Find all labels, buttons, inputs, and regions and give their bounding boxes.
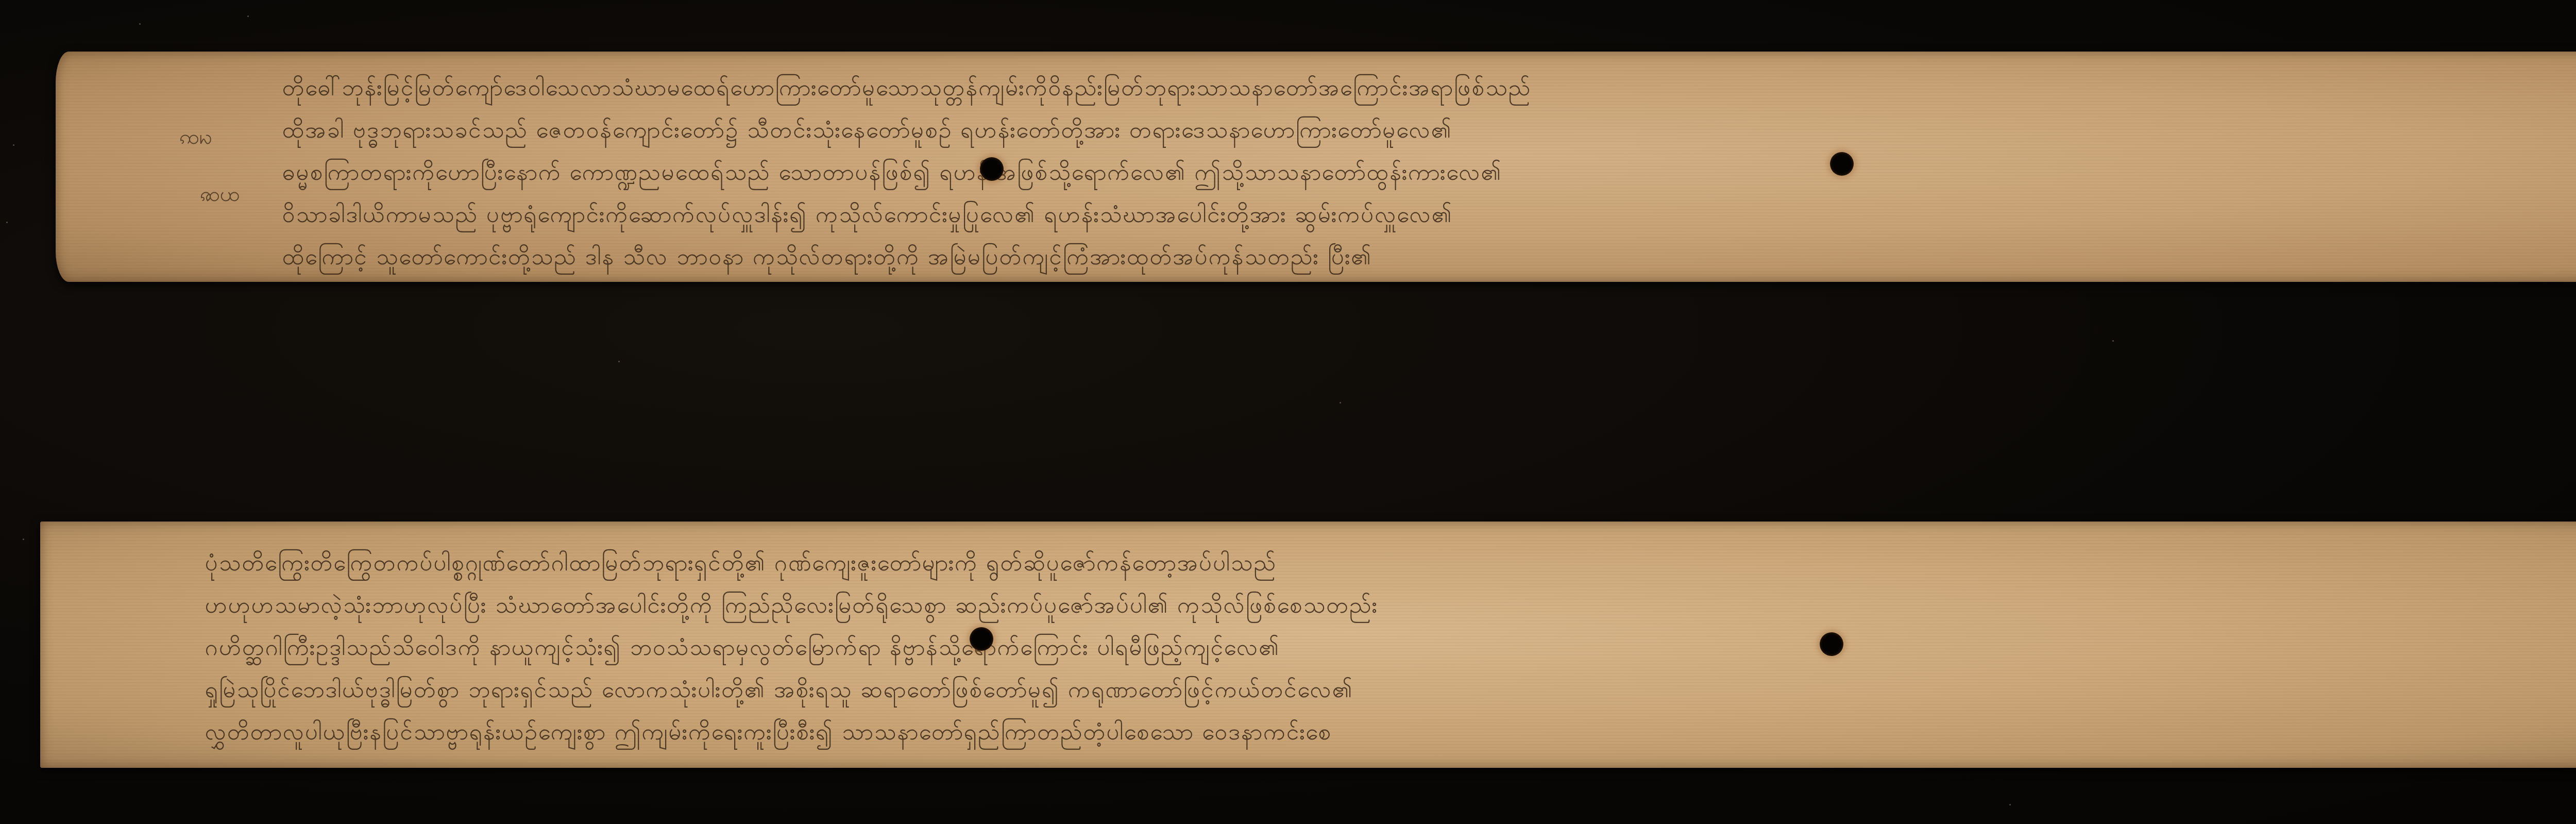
manuscript-text: တိုဓေါ်ဘုန်းမြင့်မြတ်ကျော်ဒေဝါသေလာသံဃာမထ…	[282, 67, 2472, 278]
palm-leaf-manuscript-top: ꩡꩢ ꩣꩤ တိုဓေါ်ဘုန်းမြင့်မြတ်ကျော်ဒေဝါသေလာ…	[56, 52, 2576, 282]
velvet-speck	[13, 144, 14, 146]
velvet-speck	[139, 23, 141, 25]
folio-mark: ꩣꩤ	[200, 181, 240, 211]
binding-hole	[980, 157, 1004, 181]
velvet-speck	[2112, 340, 2114, 342]
folio-mark: ꩡꩢ	[179, 124, 240, 154]
folio-margin-marks: ꩡꩢ ꩣꩤ	[179, 124, 240, 211]
text-line: ဂဟိတ္ဆဂါကြီးဥဒ္ဒါသည်သိဝေါဒကို နာယူကျင့်သ…	[205, 627, 2369, 669]
velvet-speck	[23, 539, 24, 540]
manuscript-text: ပုံသတိကြွေးတိကြွေတကပ်ပါစ္စဂ္ဂုဏ်တော်ဂါထာ…	[205, 542, 2369, 753]
velvet-speck	[6, 222, 8, 223]
binding-hole	[970, 627, 993, 651]
text-line: ဟဟုဟသမာလဲ့သုံးဘာဟုလုပ်ပြီး သံဃာတော်အပေါင…	[205, 584, 2369, 627]
text-line: ရှုမြဲသုပြိုင်ဘေဒါယ်ဗုဒ္ဓါမြတ်စွာ ဘုရားရ…	[205, 669, 2369, 711]
text-line: ပုံသတိကြွေးတိကြွေတကပ်ပါစ္စဂ္ဂုဏ်တော်ဂါထာ…	[205, 542, 2369, 584]
text-line: လွှတိတာလူပါယုဗြီးနပြင်သာဗ္ဗာရုန်းယဉ်ကျေး…	[205, 711, 2369, 753]
text-line: ထိုကြောင့် သူတော်ကောင်းတို့သည် ဒါန သီလ ဘ…	[282, 236, 2472, 278]
velvet-speck	[247, 15, 249, 17]
velvet-speck	[618, 361, 620, 362]
binding-hole	[1820, 632, 1843, 656]
velvet-speck	[2009, 804, 2011, 805]
text-line: ဓမ္မစကြာတရားကိုဟောပြီးနောက် ကောဏ္ဍညမထေရ်…	[282, 152, 2472, 194]
binding-hole	[1830, 152, 1854, 176]
text-line: တိုဓေါ်ဘုန်းမြင့်မြတ်ကျော်ဒေဝါသေလာသံဃာမထ…	[282, 67, 2472, 109]
text-line: ထိုအခါ ဗုဒ္ဓဘုရားသခင်သည် ဇေတဝန်ကျောင်းတေ…	[282, 109, 2472, 152]
text-line: ဝိသာခါဒါယိကာမသည် ပုဗ္ဗာရုံကျောင်းကိုဆောက…	[282, 194, 2472, 236]
velvet-speck	[1340, 402, 1341, 403]
palm-leaf-manuscript-bottom: ပုံသတိကြွေးတိကြွေတကပ်ပါစ္စဂ္ဂုဏ်တော်ဂါထာ…	[40, 522, 2576, 768]
